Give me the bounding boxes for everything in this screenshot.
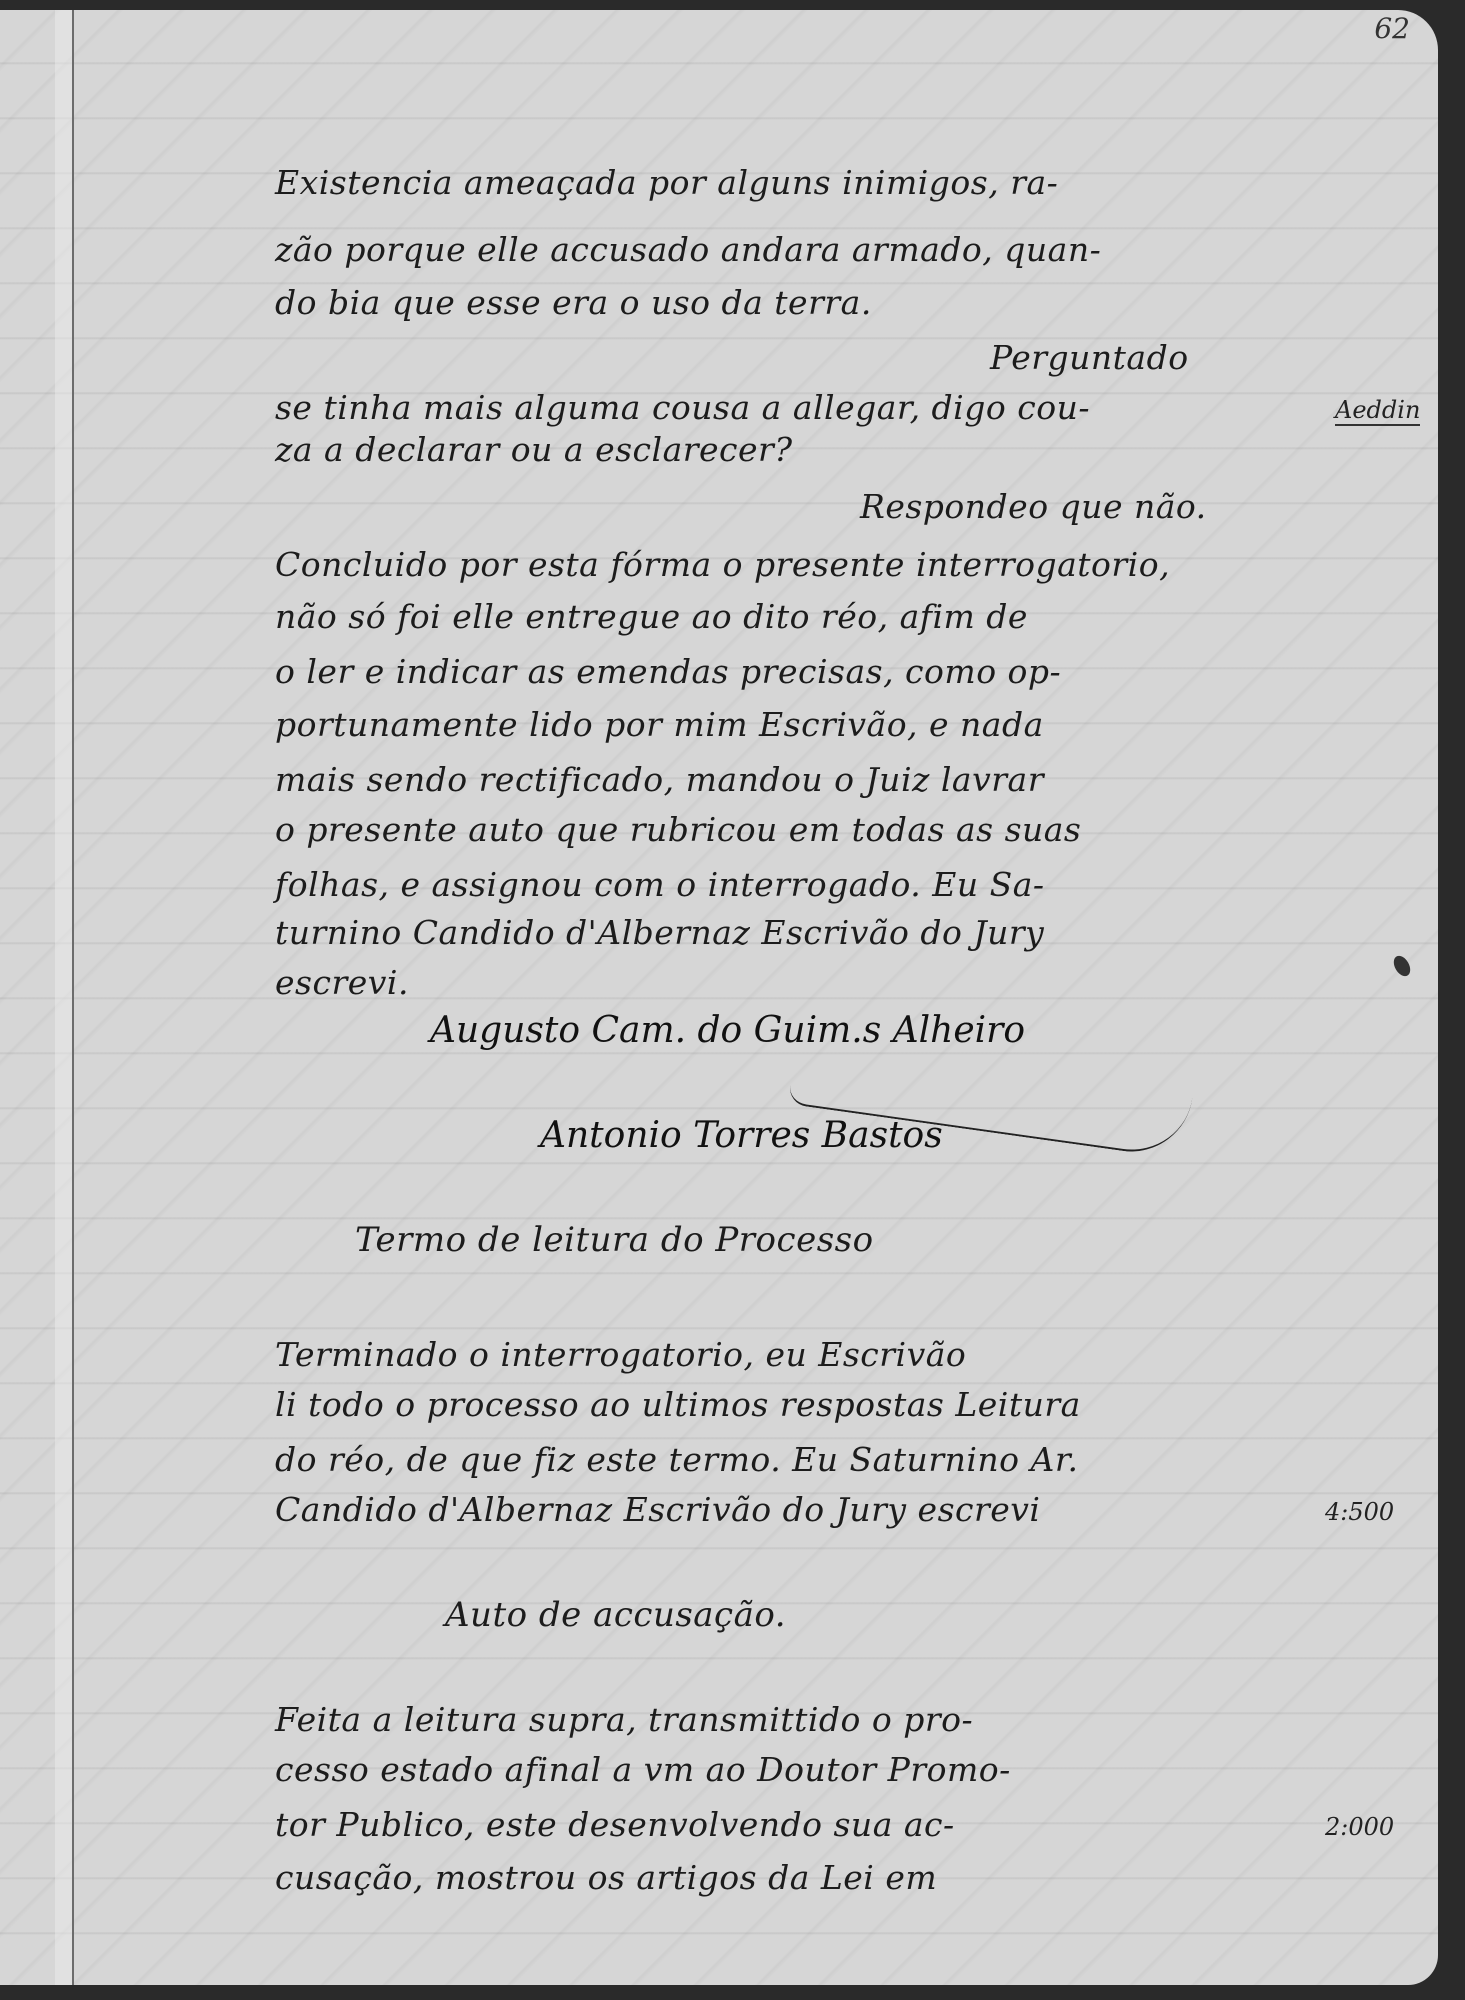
text-line: za a declarar ou a esclarecer? bbox=[275, 430, 793, 469]
text-line: escrevi. bbox=[275, 963, 409, 1002]
text-line: não só foi elle entregue ao dito réo, af… bbox=[275, 597, 1028, 636]
text-line: folhas, e assignou com o interrogado. Eu… bbox=[275, 865, 1045, 904]
section-heading: Termo de leitura do Processo bbox=[355, 1220, 874, 1260]
text-line: Existencia ameaçada por alguns inimigos,… bbox=[275, 163, 1058, 202]
text-line: portunamente lido por mim Escrivão, e na… bbox=[275, 705, 1044, 744]
signature-2: Antonio Torres Bastos bbox=[540, 1115, 943, 1156]
page-fold-line bbox=[72, 10, 74, 1985]
manuscript-page: 62 Existencia ameaçada por alguns inimig… bbox=[0, 10, 1438, 1985]
fee-amount: 4:500 bbox=[1325, 1498, 1394, 1526]
margin-note: Aeddin bbox=[1335, 396, 1420, 426]
text-line: se tinha mais alguma cousa a allegar, di… bbox=[275, 388, 1090, 427]
text-line: Respondeo que não. bbox=[860, 487, 1207, 526]
text-line: Candido d'Albernaz Escrivão do Jury escr… bbox=[275, 1490, 1040, 1529]
text-line: do bia que esse era o uso da terra. bbox=[275, 283, 872, 322]
text-line: Concluido por esta fórma o presente inte… bbox=[275, 545, 1170, 584]
text-line: do réo, de que fiz este termo. Eu Saturn… bbox=[275, 1440, 1078, 1479]
page-number: 62 bbox=[1374, 12, 1410, 45]
ink-blot bbox=[1390, 953, 1413, 979]
text-line: cusação, mostrou os artigos da Lei em bbox=[275, 1858, 937, 1897]
text-line: o ler e indicar as emendas precisas, com… bbox=[275, 652, 1061, 691]
text-line: o presente auto que rubricou em todas as… bbox=[275, 810, 1081, 849]
fee-amount: 2:000 bbox=[1325, 1813, 1394, 1841]
text-line: tor Publico, este desenvolvendo sua ac- bbox=[275, 1805, 955, 1844]
text-line: Perguntado bbox=[990, 338, 1189, 377]
text-line: li todo o processo ao ultimos respostas … bbox=[275, 1385, 1081, 1424]
text-line: Feita a leitura supra, transmittido o pr… bbox=[275, 1700, 973, 1739]
text-line: mais sendo rectificado, mandou o Juiz la… bbox=[275, 760, 1044, 799]
fold-shadow bbox=[55, 10, 73, 1985]
text-line: turnino Candido d'Albernaz Escrivão do J… bbox=[275, 913, 1044, 952]
signature-1: Augusto Cam. do Guim.s Alheiro bbox=[430, 1010, 1025, 1051]
text-line: cesso estado afinal a vm ao Doutor Promo… bbox=[275, 1750, 1011, 1789]
section-heading: Auto de accusação. bbox=[445, 1595, 786, 1635]
text-line: zão porque elle accusado andara armado, … bbox=[275, 230, 1101, 269]
text-line: Terminado o interrogatorio, eu Escrivão bbox=[275, 1335, 966, 1374]
